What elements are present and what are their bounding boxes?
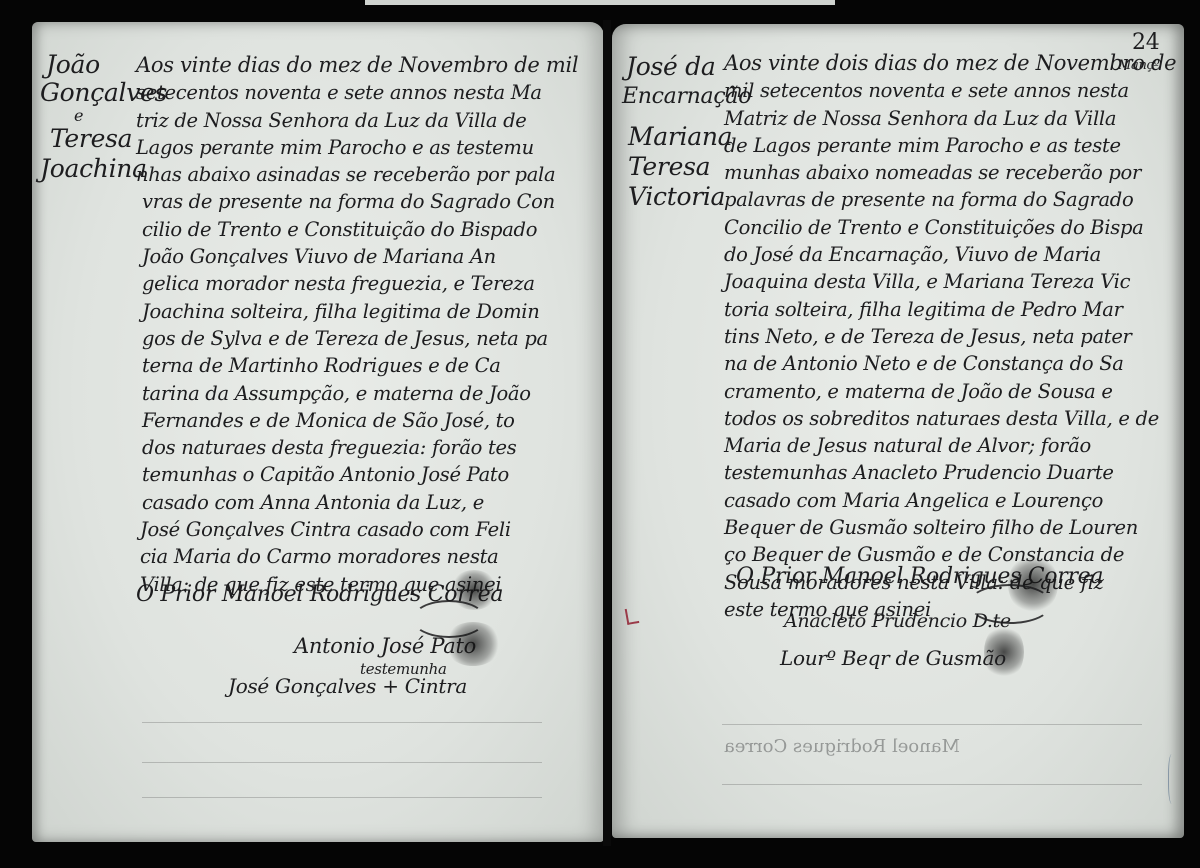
ruled-line: [142, 722, 542, 723]
text-line: dos naturaes desta freguezia: forão tes: [136, 434, 578, 461]
right-page: 24 Mançº José da Encarnação e Mariana Te…: [612, 24, 1184, 838]
witness-signature-1: Anacleto Prudencio D.te: [784, 610, 1011, 632]
text-line: tarina da Assumpção, e materna de João: [136, 380, 578, 407]
bleed-through-text: Manoel Rodrigues Correa: [724, 736, 960, 757]
text-line: gelica morador nesta freguezia, e Tereza: [136, 270, 578, 297]
red-ink-mark: [625, 607, 640, 625]
text-line: Maria de Jesus natural de Alvor; forão: [724, 432, 1176, 459]
text-line: casado com Anna Antonia da Luz, e: [136, 489, 578, 516]
text-line: munhas abaixo nomeadas se receberão por: [724, 159, 1176, 186]
text-line: de Lagos perante mim Parocho e as teste: [724, 132, 1176, 159]
text-line: Aos vinte dois dias do mez de Novembro d…: [724, 50, 1176, 77]
left-page: João Gonçalves e Teresa Joachina Aos vin…: [32, 22, 604, 842]
text-line: Aos vinte dias do mez de Novembro de mil: [136, 52, 578, 79]
text-line: cramento, e materna de João de Sousa e: [724, 378, 1176, 405]
text-line: cilio de Trento e Constituição do Bispad…: [136, 216, 578, 243]
text-line: toria solteira, filha legitima de Pedro …: [724, 296, 1176, 323]
text-line: Fernandes e de Monica de São José, to: [136, 407, 578, 434]
text-line: Lagos perante mim Parocho e as testemu: [136, 134, 578, 161]
ruled-line: [722, 784, 1142, 785]
text-line: cia Maria do Carmo moradores nesta: [136, 543, 578, 570]
text-line: casado com Maria Angelica e Lourenço: [724, 487, 1176, 514]
text-line: gos de Sylva e de Tereza de Jesus, neta …: [136, 325, 578, 352]
text-line: Joachina solteira, filha legitima de Dom…: [136, 298, 578, 325]
right-body-text: Aos vinte dois dias do mez de Novembro d…: [724, 50, 1176, 623]
text-line: temunhas o Capitão Antonio José Pato: [136, 461, 578, 488]
text-line: palavras de presente na forma do Sagrado: [724, 186, 1176, 213]
text-line: do José da Encarnação, Viuvo de Maria: [724, 241, 1176, 268]
text-line: mil setecentos noventa e sete annos nest…: [724, 77, 1176, 104]
left-body-text: Aos vinte dias do mez de Novembro de mil…: [136, 52, 578, 598]
text-line: testemunhas Anacleto Prudencio Duarte: [724, 459, 1176, 486]
witness-signature-2: Lourº Beqr de Gusmão: [780, 646, 1006, 670]
scanner-edge-strip: [365, 0, 835, 5]
text-line: todos os sobreditos naturaes desta Villa…: [724, 405, 1176, 432]
text-line: Matriz de Nossa Senhora da Luz da Villa: [724, 105, 1176, 132]
text-line: na de Antonio Neto e de Constança do Sa: [724, 350, 1176, 377]
book-gutter: [603, 20, 611, 846]
text-line: João Gonçalves Viuvo de Mariana An: [136, 243, 578, 270]
text-line: triz de Nossa Senhora da Luz da Villa de: [136, 107, 578, 134]
text-line: nhas abaixo asinadas se receberão por pa…: [136, 161, 578, 188]
text-line: Joaquina desta Villa, e Mariana Tereza V…: [724, 268, 1176, 295]
signature-rubric: [444, 622, 502, 666]
fiber-hair: [1168, 754, 1177, 804]
text-line: terna de Martinho Rodrigues e de Ca: [136, 352, 578, 379]
text-line: vras de presente na forma do Sagrado Con: [136, 188, 578, 215]
witness-signature-2: José Gonçalves + Cintra: [228, 674, 467, 698]
text-line: tins Neto, e de Tereza de Jesus, neta pa…: [724, 323, 1176, 350]
text-line: José Gonçalves Cintra casado com Feli: [136, 516, 578, 543]
text-line: Concilio de Trento e Constituições do Bi…: [724, 214, 1176, 241]
text-line: setecentos noventa e sete annos nesta Ma: [136, 79, 578, 106]
ruled-line: [142, 762, 542, 763]
ruled-line: [722, 724, 1142, 725]
text-line: Bequer de Gusmão solteiro filho de Loure…: [724, 514, 1176, 541]
ruled-line: [142, 797, 542, 798]
